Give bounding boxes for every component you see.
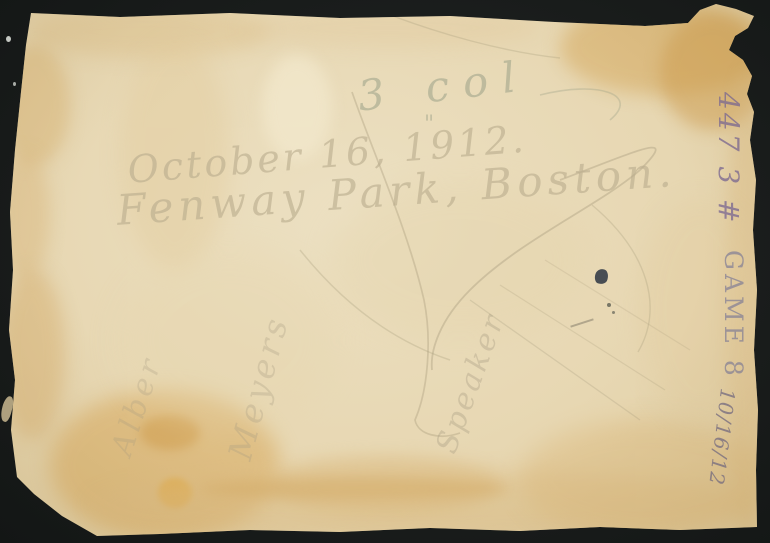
paper-edge-shading [0,0,770,543]
photo-verso-paper: 3 col " October 16, 1912. Fenway Park, B… [0,0,770,543]
dust-speck [13,82,16,86]
dust-speck [6,36,11,42]
photo-scan-background: 3 col " October 16, 1912. Fenway Park, B… [0,0,770,543]
